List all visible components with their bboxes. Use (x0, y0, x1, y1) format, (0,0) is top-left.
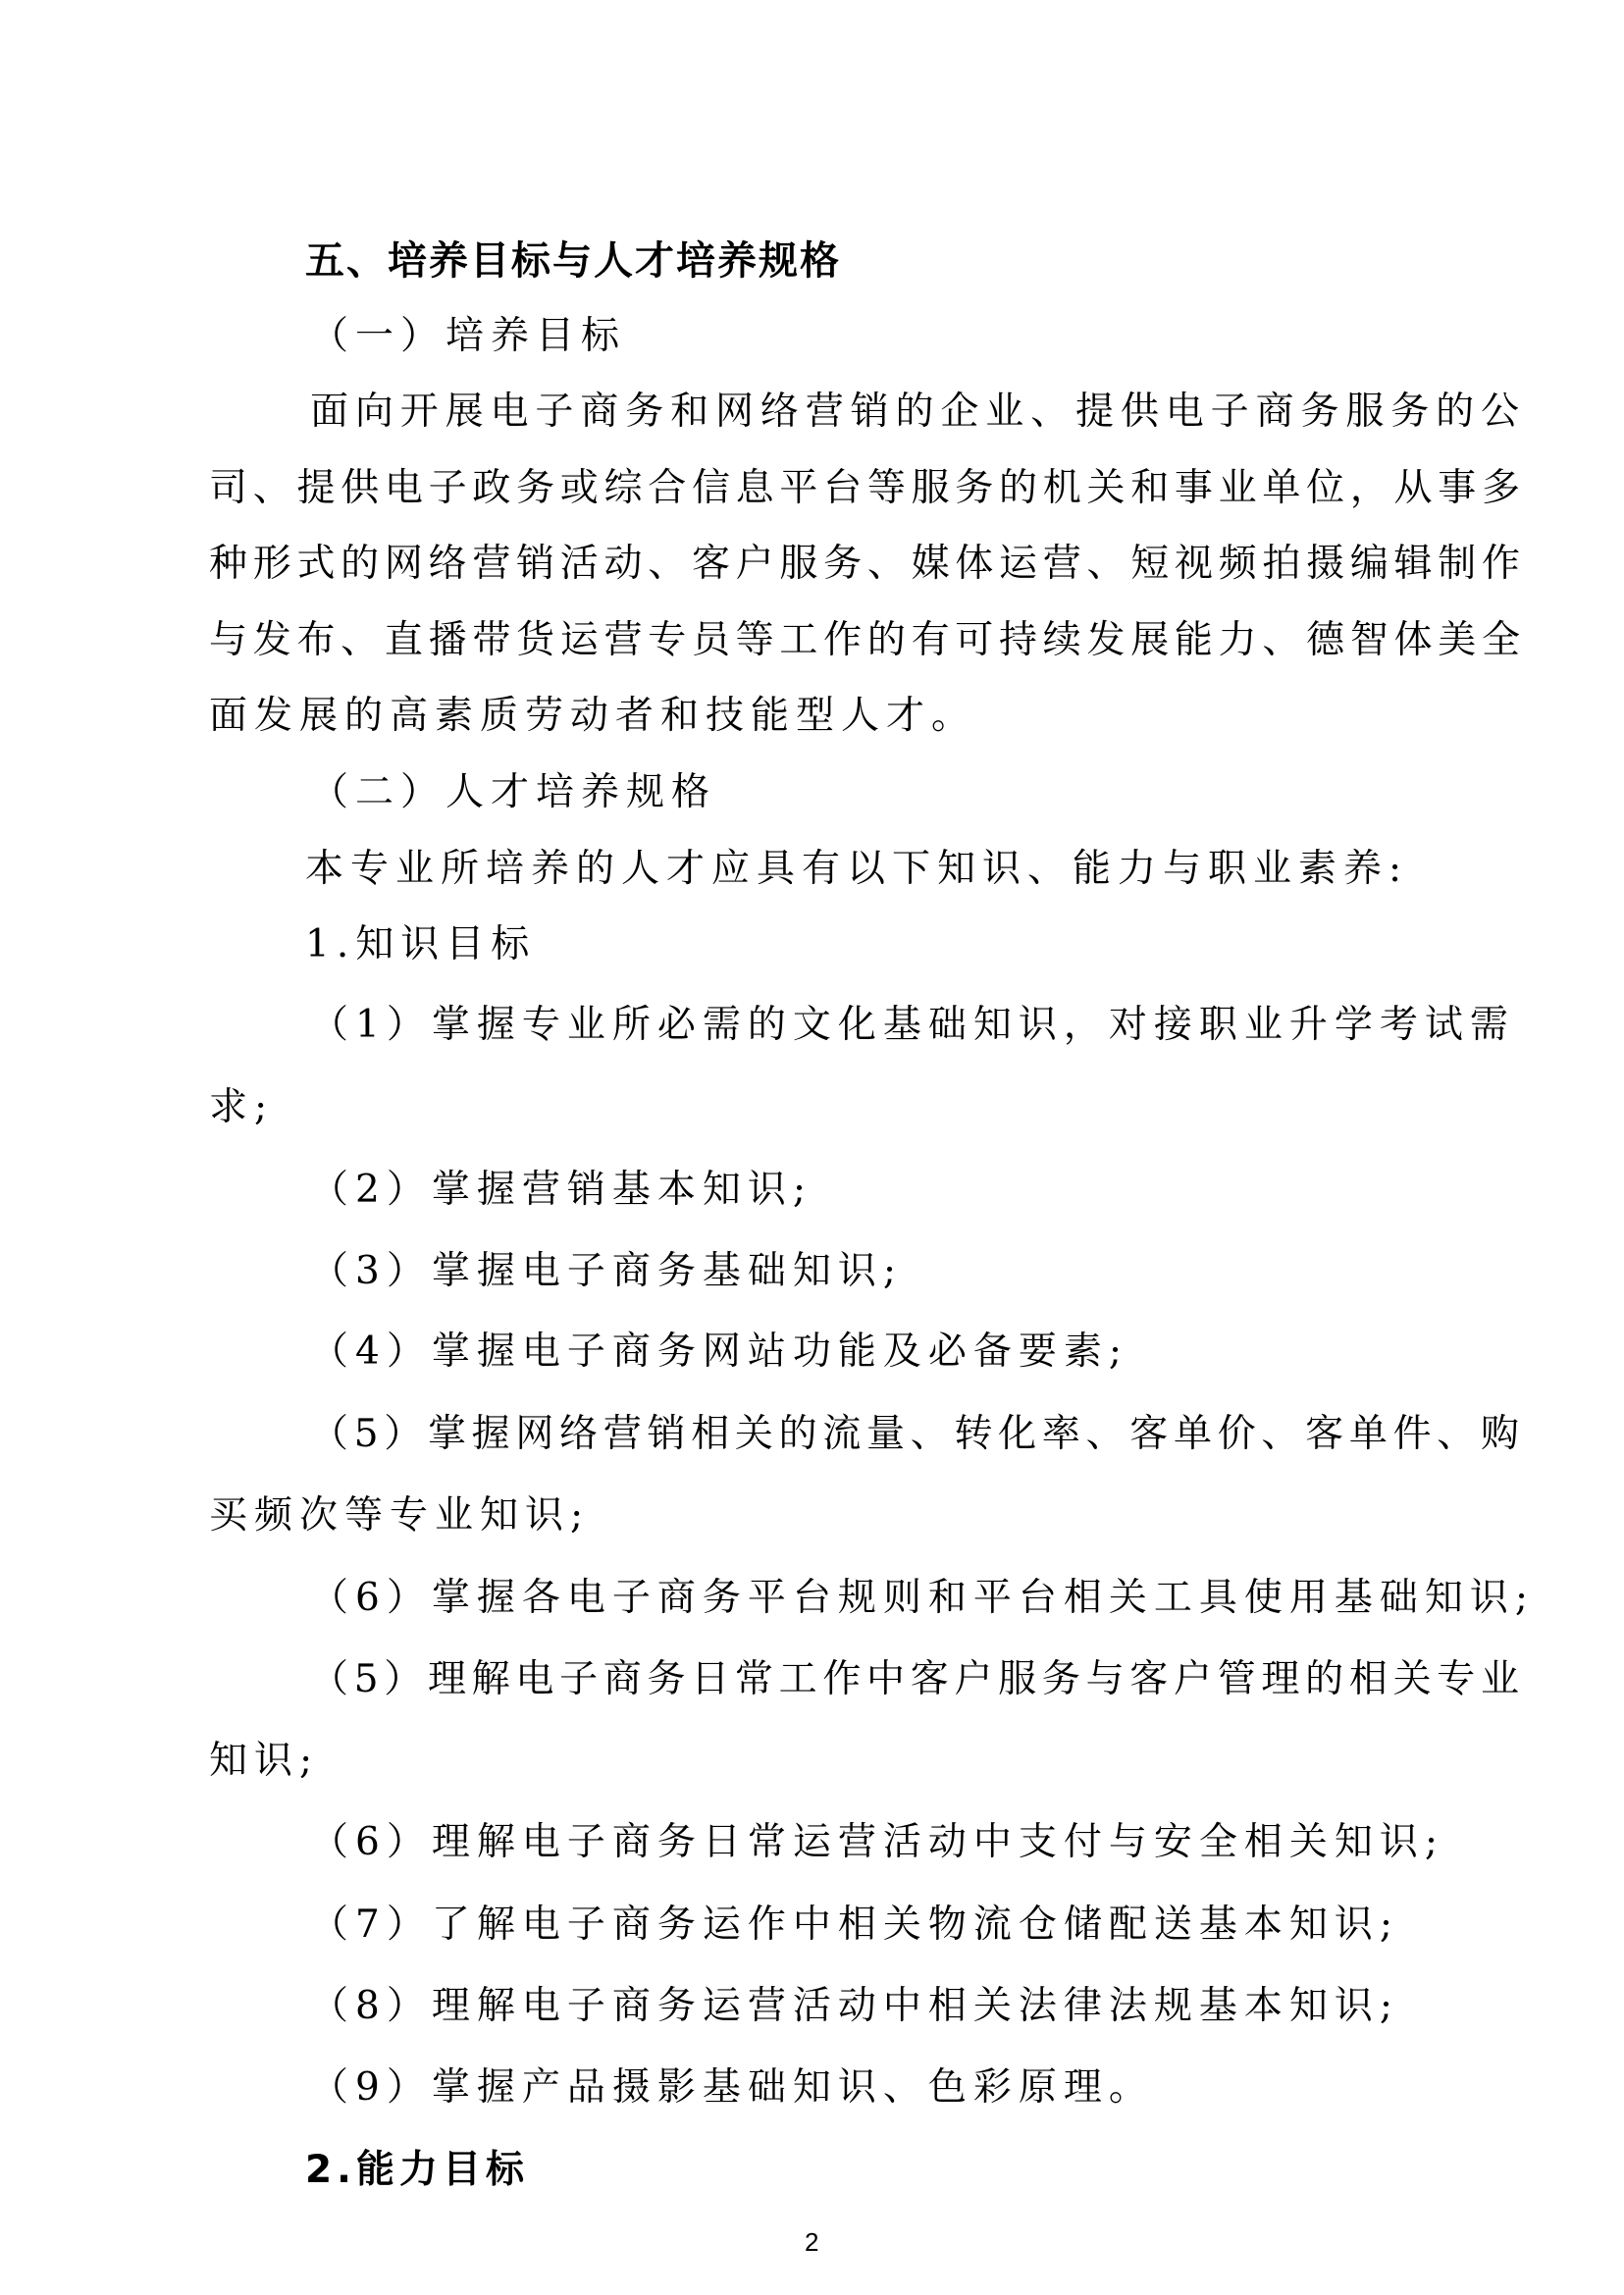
list-item-continuation: 知识; (209, 1740, 319, 1783)
list-item: （4）掌握电子商务网站功能及必备要素; (310, 1330, 1128, 1374)
list-item: （6）掌握各电子商务平台规则和平台相关工具使用基础知识; (310, 1577, 1535, 1620)
paragraph-line: 与发布、直播带货运营专员等工作的有可持续发展能力、德智体美全 (209, 619, 1520, 662)
list-item-continuation: 求; (209, 1086, 274, 1129)
ability-goals-heading: 2.能力目标 (305, 2149, 529, 2192)
paragraph-line: 司、提供电子政务或综合信息平台等服务的机关和事业单位，从事多 (209, 467, 1520, 510)
knowledge-goals-heading: 1.知识目标 (305, 923, 536, 966)
paragraph-line: 面发展的高素质劳动者和技能型人才。 (209, 695, 976, 738)
section-heading: 五、培养目标与人才培养规格 (305, 239, 841, 283)
list-item-continuation: 买频次等专业知识; (209, 1494, 590, 1538)
list-item: （1）掌握专业所必需的文化基础知识，对接职业升学考试需 (310, 1004, 1515, 1047)
intro-text: 本专业所培养的人才应具有以下知识、能力与职业素养: (305, 848, 1408, 891)
paragraph-line: 种形式的网络营销活动、客户服务、媒体运营、短视频拍摄编辑制作 (209, 543, 1520, 586)
list-item: （2）掌握营销基本知识; (310, 1169, 812, 1212)
list-item: （5）掌握网络营销相关的流量、转化率、客单价、客单件、购 (310, 1413, 1519, 1456)
list-item: （7）了解电子商务运作中相关物流仓储配送基本知识; (310, 1904, 1399, 1947)
list-item: （3）掌握电子商务基础知识; (310, 1250, 903, 1293)
list-item: （6）理解电子商务日常运营活动中支付与安全相关知识; (310, 1821, 1444, 1864)
list-item: （5）理解电子商务日常工作中客户服务与客户管理的相关专业 (310, 1658, 1519, 1701)
page-number: 2 (805, 2227, 818, 2258)
list-item: （8）理解电子商务运营活动中相关法律法规基本知识; (310, 1985, 1399, 2028)
subsection-heading-training-goals: （一）培养目标 (310, 315, 626, 358)
subsection-heading-talent-specs: （二）人才培养规格 (310, 771, 716, 814)
paragraph-line: 面向开展电子商务和网络营销的企业、提供电子商务服务的公 (310, 391, 1519, 434)
list-item: （9）掌握产品摄影基础知识、色彩原理。 (310, 2066, 1154, 2110)
